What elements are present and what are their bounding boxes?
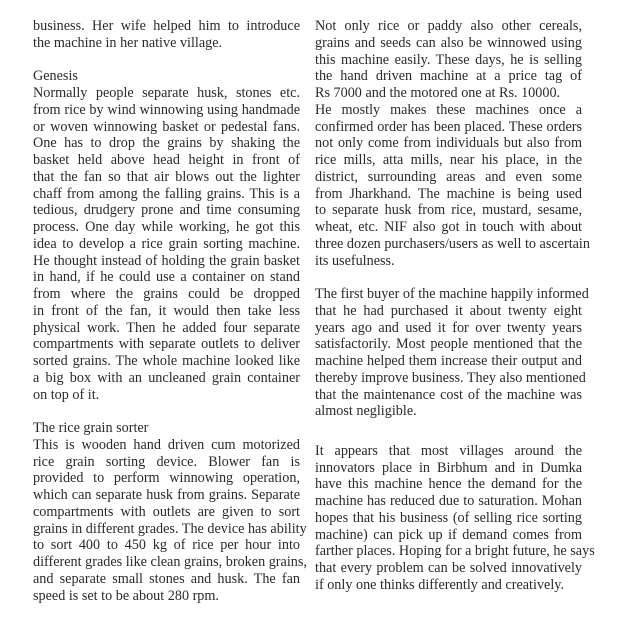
text-line: farther places. Hoping for a bright futu… (315, 543, 582, 560)
paragraph-first-buyer: The first buyer of the machine happily i… (315, 286, 582, 420)
text-line: compartments with separate outlets to de… (33, 336, 300, 353)
text-line: the hand driven machine at a price tag o… (315, 68, 582, 85)
text-line: its usefulness. (315, 253, 582, 270)
intro-paragraph: business. Her wife helped him to introdu… (33, 18, 300, 52)
rice-grain-sorter-section: The rice grain sorter This is wooden han… (33, 420, 300, 604)
text-line: tedious, drudgery prone and time consumi… (33, 202, 300, 219)
text-line: process. One day while working, he got t… (33, 219, 300, 236)
text-line: compartments with outlets are given to s… (33, 504, 300, 521)
text-line: machine) can pick up if demand comes fro… (315, 527, 582, 544)
text-line: rice grain sorting device. Blower fan is (33, 454, 300, 471)
text-line: satisfactorily. Most people mentioned th… (315, 336, 582, 353)
text-line: grains and seeds can also be winnowed us… (315, 35, 582, 52)
text-line: thereby improve business. They also ment… (315, 370, 582, 387)
text-line: a big box with an uncleaned grain contai… (33, 370, 300, 387)
text-line: on top of it. (33, 387, 300, 404)
section-heading-genesis: Genesis (33, 68, 300, 85)
text-line: that he had purchased it about twenty ei… (315, 303, 582, 320)
text-line: rice mills, atta mills, near his place, … (315, 152, 582, 169)
text-line: to separate husk from rice, mustard, ses… (315, 202, 582, 219)
text-line: have this machine hence the demand for t… (315, 476, 582, 493)
text-line: confirmed order has been placed. These o… (315, 119, 582, 136)
text-line: that the fan so that air blows out the l… (33, 169, 300, 186)
text-line: machine has reduced due to saturation. M… (315, 493, 582, 510)
text-line: district, surrounding areas and even som… (315, 169, 582, 186)
text-line: that every problem can be solved innovat… (315, 560, 582, 577)
paragraph-winnowing-pricing: Not only rice or paddy also other cereal… (315, 18, 582, 269)
text-line: different grades like clean grains, brok… (33, 554, 300, 571)
text-line: innovators place in Birbhum and in Dumka (315, 460, 582, 477)
paragraph-future: It appears that most villages around the… (315, 443, 582, 594)
text-line: to sort 400 to 450 kg of rice per hour i… (33, 537, 300, 554)
text-line: grains in different grades. The device h… (33, 521, 300, 538)
text-line: in hand, if he could use a container on … (33, 269, 300, 286)
text-line: from rice by wind winnowing using handma… (33, 102, 300, 119)
text-line: hopes that his business (of selling rice… (315, 510, 582, 527)
text-line: machine helped them increase their outpu… (315, 353, 582, 370)
text-line: that the maintenance cost of the machine… (315, 387, 582, 404)
text-line: Not only rice or paddy also other cereal… (315, 18, 582, 35)
text-line: years ago and used it for over twenty ye… (315, 320, 582, 337)
text-line: The first buyer of the machine happily i… (315, 286, 582, 303)
text-line: not only come from individuals but also … (315, 135, 582, 152)
text-line: chaff from among the falling grains. Thi… (33, 186, 300, 203)
text-line: almost negligible. (315, 403, 582, 420)
genesis-section: Genesis Normally people separate husk, s… (33, 68, 300, 403)
text-line: and separate small stones and husk. The … (33, 571, 300, 588)
text-line: this machine easily. These days, he is s… (315, 52, 582, 69)
text-line: in front of the fan, it would then take … (33, 303, 300, 320)
text-line: business. Her wife helped him to introdu… (33, 18, 300, 35)
text-line: speed is set to be about 280 rpm. (33, 588, 300, 605)
text-line: idea to develop a rice grain sorting mac… (33, 236, 300, 253)
text-line: physical work. Then he added four separa… (33, 320, 300, 337)
text-line: provided to perform winnowing operation, (33, 470, 300, 487)
text-line: from Jharkhand. The machine is being use… (315, 186, 582, 203)
text-line: basket held above head height in front o… (33, 152, 300, 169)
left-column: business. Her wife helped him to introdu… (33, 18, 300, 604)
section-heading-sorter: The rice grain sorter (33, 420, 300, 437)
text-line: One has to drop the grains by shaking th… (33, 135, 300, 152)
text-line: which can separate husk from grains. Sep… (33, 487, 300, 504)
text-line: from where the grains could be dropped (33, 286, 300, 303)
text-line: if only one thinks differently and creat… (315, 577, 582, 594)
text-line: This is wooden hand driven cum motorized (33, 437, 300, 454)
text-line: or woven winnowing basket or pedestal fa… (33, 119, 300, 136)
text-line: the machine in her native village. (33, 35, 300, 52)
right-column: Not only rice or paddy also other cereal… (315, 18, 582, 594)
text-line: Rs 7000 and the motored one at Rs. 10000… (315, 85, 582, 102)
text-line: He thought instead of holding the grain … (33, 253, 300, 270)
text-line: Normally people separate husk, stones et… (33, 85, 300, 102)
text-line: wheat, etc. NIF also got in touch with a… (315, 219, 582, 236)
text-line: sorted grains. The whole machine looked … (33, 353, 300, 370)
text-line: It appears that most villages around the (315, 443, 582, 460)
text-line: three dozen purchasers/users as well to … (315, 236, 582, 253)
text-line: He mostly makes these machines once a (315, 102, 582, 119)
